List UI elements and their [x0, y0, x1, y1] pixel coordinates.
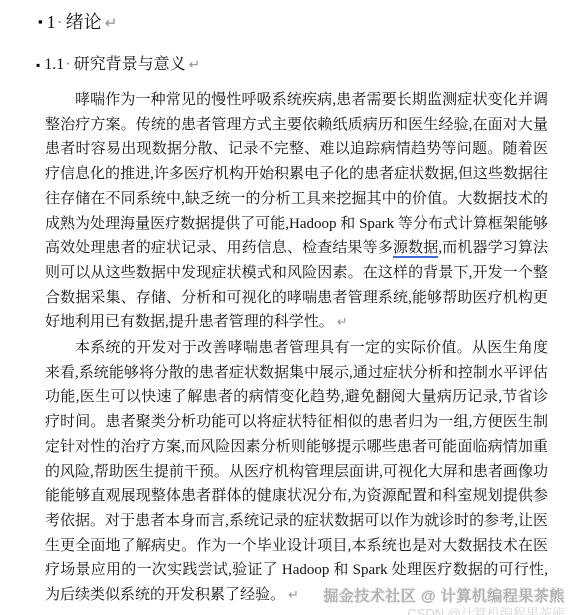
outline-square-icon: ▪ — [38, 12, 43, 32]
space-mark-icon: · — [56, 12, 66, 32]
paragraph-1-text: 哮喘作为一种常见的慢性呼吸系统疾病,患者需要长期监测症状变化并调整治疗方案。传统… — [45, 92, 548, 256]
heading-1-number: 1 — [47, 12, 56, 32]
pilcrow-icon: ↵ — [105, 14, 118, 32]
heading-2: ▪1.1·研究背景与意义↵ — [36, 56, 548, 74]
pilcrow-icon: ↵ — [337, 315, 348, 330]
grammar-flagged-text: 源数据 — [393, 240, 438, 258]
document-page: ▪1·绪论↵ ▪1.1·研究背景与意义↵ 哮喘作为一种常见的慢性呼吸系统疾病,患… — [0, 0, 573, 615]
heading-1-title: 绪论 — [66, 12, 102, 32]
pilcrow-icon: ↵ — [288, 588, 299, 603]
paragraph-1: 哮喘作为一种常见的慢性呼吸系统疾病,患者需要长期监测症状变化并调整治疗方案。传统… — [45, 88, 548, 336]
pilcrow-icon: ↵ — [189, 57, 200, 73]
heading-1: ▪1·绪论↵ — [38, 12, 548, 33]
space-mark-icon: · — [64, 56, 73, 73]
outline-square-icon: ▪ — [36, 56, 40, 74]
heading-2-title: 研究背景与意义 — [74, 56, 186, 73]
paragraph-2: 本系统的开发对于改善哮喘患者管理具有一定的实际价值。从医生角度来看,系统能够将分… — [45, 336, 548, 609]
document-content: ▪1·绪论↵ ▪1.1·研究背景与意义↵ 哮喘作为一种常见的慢性呼吸系统疾病,患… — [0, 0, 573, 609]
paragraph-2-text: 本系统的开发对于改善哮喘患者管理具有一定的实际价值。从医生角度来看,系统能够将分… — [45, 340, 548, 603]
heading-2-number: 1.1 — [44, 56, 64, 73]
